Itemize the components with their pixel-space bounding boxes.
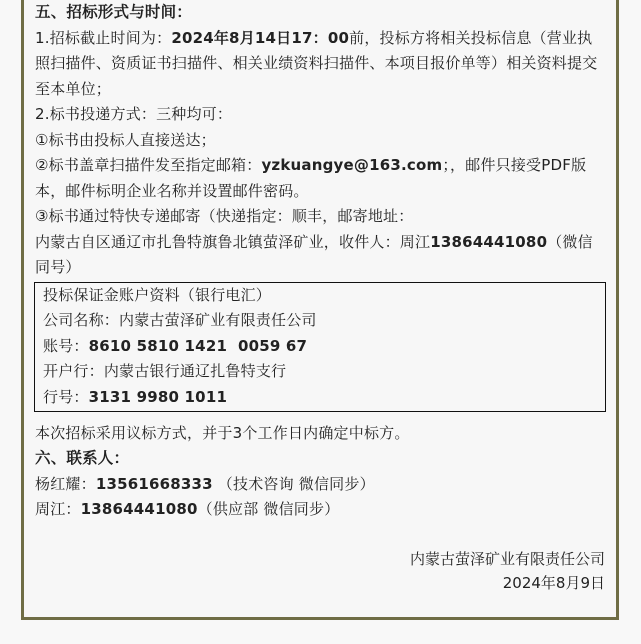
document-frame: 五、招标形式与时间： 1.招标截止时间为：2024年8月14日17：00前，投标… (21, 0, 619, 620)
document-content: 五、招标形式与时间： 1.招标截止时间为：2024年8月14日17：00前，投标… (35, 0, 606, 523)
signature-block: 内蒙古萤泽矿业有限责任公司 2024年8月9日 (410, 547, 605, 595)
bank-row: 开户行：内蒙古银行通辽扎鲁特支行 (43, 359, 597, 385)
section5-heading: 五、招标形式与时间： (35, 0, 606, 26)
deadline-paragraph: 1.招标截止时间为：2024年8月14日17：00前，投标方将相关投标信息（营业… (35, 26, 606, 103)
deadline-label: 1.招标截止时间为： (35, 29, 171, 47)
address-text: 内蒙古自区通辽市扎鲁特旗鲁北镇萤泽矿业，收件人：周江 (35, 233, 430, 251)
contact-row: 杨红耀：13561668333 （技术咨询 微信同步） (35, 472, 606, 498)
contact-name: 杨红耀： (35, 475, 96, 493)
email-address: yzkuangye@163.com (261, 156, 442, 174)
bank-number-label: 行号： (43, 388, 89, 406)
bank-info-box: 投标保证金账户资料（银行电汇） 公司名称：内蒙古萤泽矿业有限责任公司 账号：86… (34, 282, 606, 412)
bank-number-value: 3131 9980 1011 (89, 388, 228, 406)
section6-heading: 六、联系人： (35, 446, 606, 472)
bank-label: 开户行： (43, 362, 104, 380)
recipient-phone: 13864441080 (430, 233, 547, 251)
delivery-method-2: ②标书盖章扫描件发至指定邮箱：yzkuangye@163.com；，邮件只接受P… (35, 153, 606, 204)
mailing-address: 内蒙古自区通辽市扎鲁特旗鲁北镇萤泽矿业，收件人：周江13864441080（微信… (35, 230, 606, 281)
signature-date: 2024年8月9日 (410, 571, 605, 595)
method2-label: ②标书盖章扫描件发至指定邮箱： (35, 156, 261, 174)
signature-company: 内蒙古萤泽矿业有限责任公司 (410, 547, 605, 571)
deadline-value: 2024年8月14日17：00 (171, 29, 349, 47)
company-name-value: 内蒙古萤泽矿业有限责任公司 (119, 311, 317, 329)
contact-phone: 13864441080 (81, 500, 198, 518)
contact-note: （技术咨询 微信同步） (213, 475, 375, 493)
account-label: 账号： (43, 337, 89, 355)
contact-row: 周江：13864441080（供应部 微信同步） (35, 497, 606, 523)
bank-value: 内蒙古银行通辽扎鲁特支行 (104, 362, 286, 380)
bank-info-title: 投标保证金账户资料（银行电汇） (43, 283, 597, 309)
bidding-note: 本次招标采用议标方式，并于3个工作日内确定中标方。 (35, 421, 606, 447)
bank-number-row: 行号：3131 9980 1011 (43, 385, 597, 411)
contact-note: （供应部 微信同步） (198, 500, 340, 518)
delivery-method-1: ①标书由投标人直接送达； (35, 128, 606, 154)
delivery-method-title: 2.标书投递方式：三种均可： (35, 102, 606, 128)
account-row: 账号：8610 5810 1421 0059 67 (43, 334, 597, 360)
contact-phone: 13561668333 (96, 475, 213, 493)
account-value: 8610 5810 1421 0059 67 (89, 337, 308, 355)
company-name-label: 公司名称： (43, 311, 119, 329)
company-name-row: 公司名称：内蒙古萤泽矿业有限责任公司 (43, 308, 597, 334)
delivery-method-3: ③标书通过特快专递邮寄（快递指定：顺丰，邮寄地址： (35, 204, 606, 230)
contact-name: 周江： (35, 500, 81, 518)
